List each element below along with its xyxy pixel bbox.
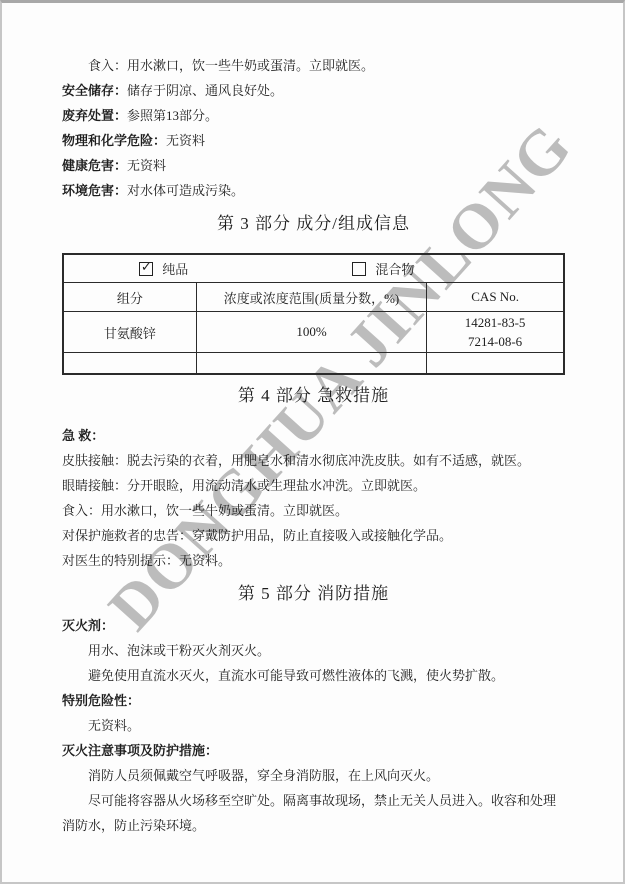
empty-cell — [63, 353, 196, 375]
extinguishing-agent-text-line: 用水、泡沫或干粉灭火剂灭火。 — [62, 638, 565, 663]
first-aid-line: 急 救： — [62, 423, 565, 448]
check-mark-icon: ✓ — [141, 261, 152, 274]
special-hazard-label-line: 特别危险性： — [62, 688, 565, 713]
line-label: 对医生的特别提示： — [62, 553, 179, 568]
intro-line-ingestion: 食入：用水漱口，饮一些牛奶或蛋清。立即就医。 — [62, 53, 565, 78]
firefighting-precautions-label-line: 灭火注意事项及防护措施： — [62, 738, 565, 763]
header-cell-component: 组分 — [63, 283, 196, 312]
intro-text: 用水漱口，饮一些牛奶或蛋清。立即就医。 — [127, 58, 374, 73]
pure-product-option: ✓ 纯品 — [64, 259, 264, 278]
line-text: 用水、泡沫或干粉灭火剂灭火。 — [88, 643, 270, 658]
line-label: 眼睛接触： — [62, 478, 127, 493]
extinguishing-agent-label-line: 灭火剂： — [62, 613, 565, 638]
intro-line-health-hazard: 健康危害：无资料 — [62, 153, 565, 178]
cas-number-1: 14281-83-5 — [427, 313, 563, 332]
line-text: 消防人员须佩戴空气呼吸器，穿全身消防服，在上风向灭火。 — [88, 768, 439, 783]
intro-label: 废弃处置： — [62, 108, 127, 123]
pure-product-label: 纯品 — [162, 259, 188, 278]
intro-label: 环境危害： — [62, 183, 127, 198]
cas-number-2: 7214-08-6 — [427, 332, 563, 351]
line-label: 急 救： — [62, 428, 104, 443]
mixture-option: 混合物 — [264, 259, 504, 278]
intro-label: 健康危害： — [62, 158, 127, 173]
section-5-body: 灭火剂： 用水、泡沫或干粉灭火剂灭火。 避免使用直流水灭火，直流水可能导致可燃性… — [62, 613, 565, 838]
intro-text: 储存于阴凉、通风良好处。 — [127, 83, 283, 98]
line-text: 尽可能将容器从火场移至空旷处。隔离事故现场，禁止无关人员进入。收容和处理消防水，… — [62, 793, 556, 833]
line-label: 特别危险性： — [62, 693, 140, 708]
line-label: 灭火注意事项及防护措施： — [62, 743, 218, 758]
checked-checkbox-icon: ✓ — [139, 262, 153, 276]
section-5-heading: 第 5 部分 消防措施 — [62, 581, 565, 607]
intro-text: 无资料 — [166, 133, 205, 148]
no-data-line: 无资料。 — [62, 713, 565, 738]
unchecked-checkbox-icon — [352, 262, 366, 276]
product-type-row: ✓ 纯品 混合物 — [63, 254, 564, 283]
eye-contact-line: 眼睛接触：分开眼睑，用流动清水或生理盐水冲洗。立即就医。 — [62, 473, 565, 498]
intro-line-environment-hazard: 环境危害：对水体可造成污染。 — [62, 178, 565, 203]
line-label: 皮肤接触： — [62, 453, 127, 468]
empty-table-row — [63, 353, 564, 375]
page-content: 食入：用水漱口，饮一些牛奶或蛋清。立即就医。 安全储存：储存于阴凉、通风良好处。… — [2, 3, 623, 838]
mixture-label: 混合物 — [375, 259, 414, 278]
intro-line-physical-chemical-hazard: 物理和化学危险：无资料 — [62, 128, 565, 153]
intro-label: 食入： — [88, 58, 127, 73]
table-header-row: 组分 浓度或浓度范围(质量分数，%) CAS No. — [63, 283, 564, 312]
component-cell: 甘氨酸锌 — [63, 312, 196, 353]
section-4-heading: 第 4 部分 急救措施 — [62, 383, 565, 409]
firefighter-equipment-line: 消防人员须佩戴空气呼吸器，穿全身消防服，在上风向灭火。 — [62, 763, 565, 788]
component-data-row: 甘氨酸锌 100% 14281-83-5 7214-08-6 — [63, 312, 564, 353]
doctor-note-line: 对医生的特别提示：无资料。 — [62, 548, 565, 573]
cas-cell: 14281-83-5 7214-08-6 — [427, 312, 564, 353]
line-text: 避免使用直流水灭火，直流水可能导致可燃性液体的飞溅，使火势扩散。 — [88, 668, 504, 683]
intro-line-safe-storage: 安全储存：储存于阴凉、通风良好处。 — [62, 78, 565, 103]
empty-cell — [196, 353, 426, 375]
intro-line-disposal: 废弃处置：参照第13部分。 — [62, 103, 565, 128]
skin-contact-line: 皮肤接触：脱去污染的衣着，用肥皂水和清水彻底冲洗皮肤。如有不适感，就医。 — [62, 448, 565, 473]
container-removal-line: 尽可能将容器从火场移至空旷处。隔离事故现场，禁止无关人员进入。收容和处理消防水，… — [62, 788, 565, 838]
line-label: 食入： — [62, 503, 101, 518]
line-text: 无资料。 — [88, 718, 140, 733]
intro-label: 安全储存： — [62, 83, 127, 98]
concentration-cell: 100% — [196, 312, 426, 353]
intro-label: 物理和化学危险： — [62, 133, 166, 148]
intro-text: 无资料 — [127, 158, 166, 173]
line-text: 脱去污染的衣着，用肥皂水和清水彻底冲洗皮肤。如有不适感，就医。 — [127, 453, 530, 468]
line-text: 用水漱口，饮一些牛奶或蛋清。立即就医。 — [101, 503, 348, 518]
line-label: 灭火剂： — [62, 618, 114, 633]
intro-text: 对水体可造成污染。 — [127, 183, 244, 198]
empty-cell — [427, 353, 564, 375]
composition-table: ✓ 纯品 混合物 组分 浓度或浓度范围(质量分数，%) CAS No — [62, 253, 565, 375]
line-text: 穿戴防护用品，防止直接吸入或接触化学品。 — [192, 528, 452, 543]
section-3-heading: 第 3 部分 成分/组成信息 — [62, 211, 565, 237]
document-page: DONGHUA JINLONG 食入：用水漱口，饮一些牛奶或蛋清。立即就医。 安… — [0, 0, 625, 884]
avoid-straight-water-line: 避免使用直流水灭火，直流水可能导致可燃性液体的飞溅，使火势扩散。 — [62, 663, 565, 688]
line-text: 分开眼睑，用流动清水或生理盐水冲洗。立即就医。 — [127, 478, 426, 493]
header-cell-cas: CAS No. — [427, 283, 564, 312]
intro-text: 参照第13部分。 — [127, 108, 218, 123]
ingestion-line: 食入：用水漱口，饮一些牛奶或蛋清。立即就医。 — [62, 498, 565, 523]
section-4-body: 急 救： 皮肤接触：脱去污染的衣着，用肥皂水和清水彻底冲洗皮肤。如有不适感，就医… — [62, 423, 565, 573]
line-text: 无资料。 — [179, 553, 231, 568]
rescuer-advice-line: 对保护施救者的忠告：穿戴防护用品，防止直接吸入或接触化学品。 — [62, 523, 565, 548]
header-cell-concentration: 浓度或浓度范围(质量分数，%) — [196, 283, 426, 312]
line-label: 对保护施救者的忠告： — [62, 528, 192, 543]
